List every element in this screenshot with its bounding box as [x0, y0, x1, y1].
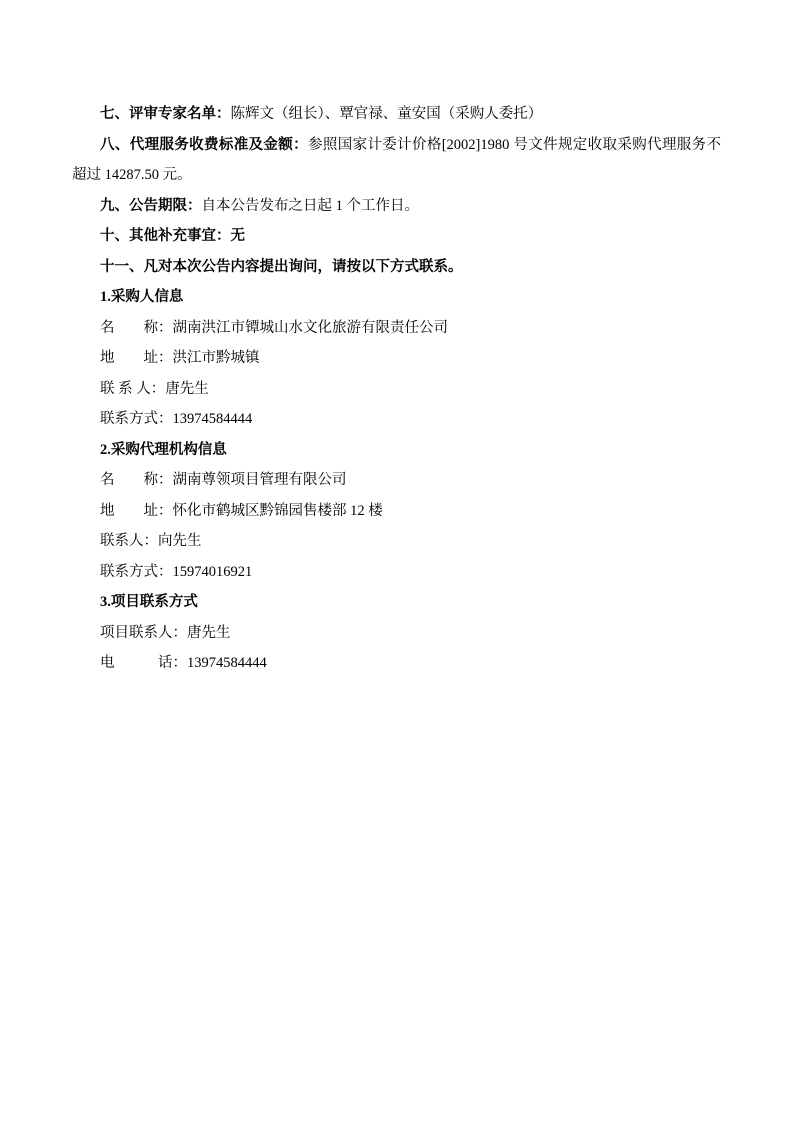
field-project-contact: 项目联系人：唐先生 — [72, 618, 721, 649]
field-project-contact-text: 项目联系人：唐先生 — [100, 625, 231, 641]
heading-agency-info-label: 2.采购代理机构信息 — [100, 442, 227, 458]
field-purchaser-phone: 联系方式：13974584444 — [72, 404, 721, 435]
field-purchaser-contact: 联 系 人：唐先生 — [72, 374, 721, 405]
field-purchaser-name-text: 名 称：湖南洪江市镡城山水文化旅游有限责任公司 — [100, 320, 448, 336]
para-announcement-period-label: 九、公告期限： — [100, 198, 202, 214]
para-expert-list: 七、评审专家名单：陈辉文（组长）、覃官禄、童安国（采购人委托） — [72, 99, 721, 130]
heading-project-contact-label: 3.项目联系方式 — [100, 594, 198, 610]
field-agency-phone: 联系方式：15974016921 — [72, 557, 721, 588]
para-announcement-period: 九、公告期限：自本公告发布之日起 1 个工作日。 — [72, 191, 721, 222]
para-contact-intro-label: 十一、凡对本次公告内容提出询问，请按以下方式联系。 — [100, 259, 463, 275]
para-expert-list-label: 七、评审专家名单： — [100, 106, 231, 122]
heading-agency-info: 2.采购代理机构信息 — [72, 435, 721, 466]
field-agency-name: 名 称：湖南尊领项目管理有限公司 — [72, 465, 721, 496]
para-agency-fee-label: 八、代理服务收费标准及金额： — [100, 137, 308, 153]
heading-project-contact: 3.项目联系方式 — [72, 587, 721, 618]
field-agency-address-text: 地 址：怀化市鹤城区黔锦园售楼部 12 楼 — [100, 503, 383, 519]
para-expert-list-text: 陈辉文（组长）、覃官禄、童安国（采购人委托） — [231, 106, 543, 122]
para-contact-intro: 十一、凡对本次公告内容提出询问，请按以下方式联系。 — [72, 252, 721, 283]
field-project-phone: 电 话：13974584444 — [72, 648, 721, 679]
field-agency-phone-text: 联系方式：15974016921 — [100, 564, 252, 580]
document-page: { "page": { "background_color": "#ffffff… — [0, 0, 793, 1122]
field-purchaser-name: 名 称：湖南洪江市镡城山水文化旅游有限责任公司 — [72, 313, 721, 344]
heading-purchaser-info-label: 1.采购人信息 — [100, 289, 183, 305]
field-project-phone-text: 电 话：13974584444 — [100, 655, 267, 671]
field-agency-address: 地 址：怀化市鹤城区黔锦园售楼部 12 楼 — [72, 496, 721, 527]
para-other-matters-label: 十、其他补充事宜：无 — [100, 228, 245, 244]
field-purchaser-phone-text: 联系方式：13974584444 — [100, 411, 252, 427]
announcement-document: 七、评审专家名单：陈辉文（组长）、覃官禄、童安国（采购人委托） 八、代理服务收费… — [0, 0, 793, 679]
heading-purchaser-info: 1.采购人信息 — [72, 282, 721, 313]
field-purchaser-address-text: 地 址：洪江市黔城镇 — [100, 350, 260, 366]
para-agency-fee: 八、代理服务收费标准及金额：参照国家计委计价格[2002]1980 号文件规定收… — [72, 130, 721, 191]
field-purchaser-contact-text: 联 系 人：唐先生 — [100, 381, 209, 397]
field-agency-name-text: 名 称：湖南尊领项目管理有限公司 — [100, 472, 347, 488]
field-agency-contact-text: 联系人：向先生 — [100, 533, 202, 549]
para-other-matters: 十、其他补充事宜：无 — [72, 221, 721, 252]
field-purchaser-address: 地 址：洪江市黔城镇 — [72, 343, 721, 374]
para-announcement-period-text: 自本公告发布之日起 1 个工作日。 — [202, 198, 420, 214]
field-agency-contact: 联系人：向先生 — [72, 526, 721, 557]
